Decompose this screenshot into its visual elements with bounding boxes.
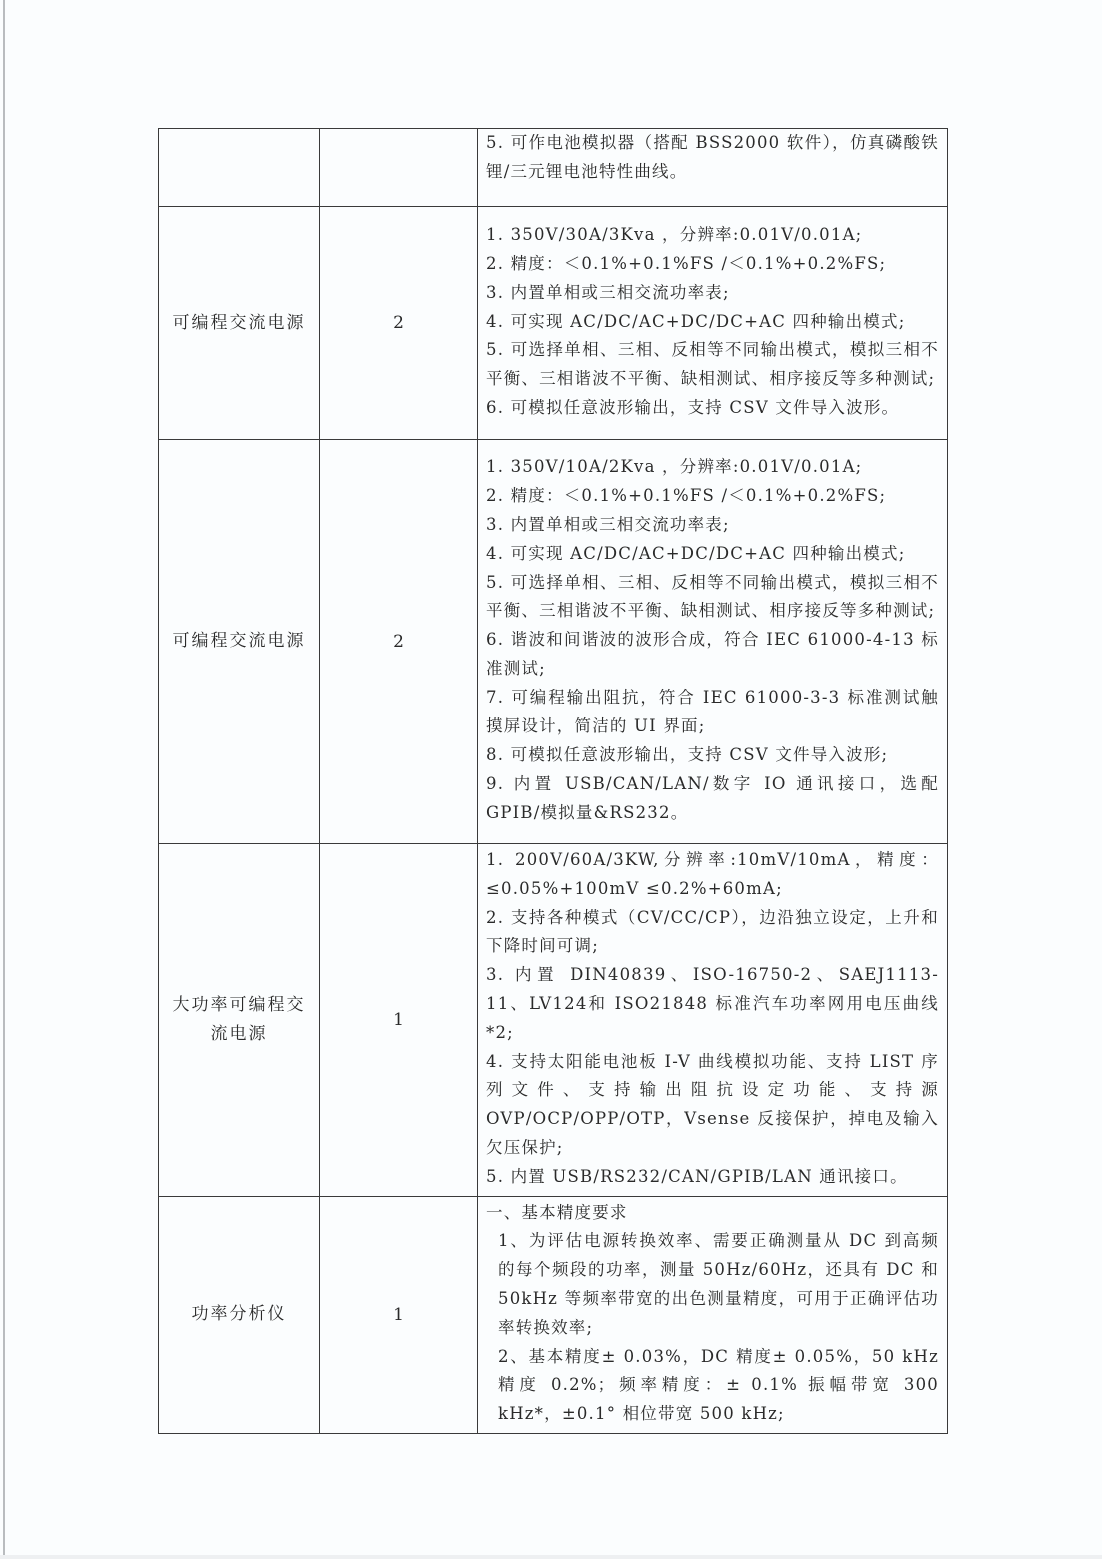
spec-item: 9. 内置 USB/CAN/LAN/数字 IO 通讯接口，选配 GPIB/模拟量… [486, 770, 939, 828]
spec-item: 4. 可实现 AC/DC/AC+DC/DC+AC 四种输出模式; [486, 308, 939, 337]
spec-cell: 1. 200V/60A/3KW,分辨率:10mV/10mA，精度：≤0.05%+… [478, 844, 948, 1197]
equipment-spec-table: 5. 可作电池模拟器（搭配 BSS2000 软件），仿真磷酸铁锂/三元锂电池特性… [158, 128, 948, 1434]
spec-item: 2. 精度：＜0.1%+0.1%FS /＜0.1%+0.2%FS; [486, 482, 939, 511]
spec-item: 1. 350V/10A/2Kva ，分辨率:0.01V/0.01A; [486, 453, 939, 482]
equipment-name-cell: 功率分析仪 [159, 1196, 320, 1433]
spec-item: 1. 200V/60A/3KW,分辨率:10mV/10mA，精度：≤0.05%+… [486, 846, 939, 904]
spec-item: 2. 精度：＜0.1%+0.1%FS /＜0.1%+0.2%FS; [486, 250, 939, 279]
spec-item: 6. 谐波和间谐波的波形合成，符合 IEC 61000-4-13 标准测试; [486, 626, 939, 684]
equipment-name-cell: 可编程交流电源 [159, 440, 320, 844]
spec-item: 8. 可模拟任意波形输出，支持 CSV 文件导入波形; [486, 741, 939, 770]
quantity-cell: 2 [320, 207, 478, 440]
spec-item: 3. 内置单相或三相交流功率表; [486, 511, 939, 540]
spec-item: 2. 支持各种模式（CV/CC/CP），边沿独立设定，上升和下降时间可调; [486, 904, 939, 962]
table-row: 大功率可编程交流电源 1 1. 200V/60A/3KW,分辨率:10mV/10… [159, 844, 948, 1197]
spec-item: 5. 可选择单相、三相、反相等不同输出模式，模拟三相不平衡、三相谐波不平衡、缺相… [486, 569, 939, 627]
quantity-cell: 2 [320, 440, 478, 844]
equipment-name-cell: 大功率可编程交流电源 [159, 844, 320, 1197]
spec-cell: 一、基本精度要求 1、为评估电源转换效率、需要正确测量从 DC 到高频的每个频段… [478, 1196, 948, 1433]
spec-item: 5. 内置 USB/RS232/CAN/GPIB/LAN 通讯接口。 [486, 1163, 939, 1192]
equipment-name-cell [159, 129, 320, 207]
spec-cell: 1. 350V/30A/3Kva ，分辨率:0.01V/0.01A; 2. 精度… [478, 207, 948, 440]
spec-item: 4. 支持太阳能电池板 I-V 曲线模拟功能、支持 LIST 序列文件、支持输出… [486, 1048, 939, 1163]
spec-item: 3. 内置 DIN40839、ISO-16750-2、SAEJ1113-11、L… [486, 961, 939, 1047]
spec-item: 1、为评估电源转换效率、需要正确测量从 DC 到高频的每个频段的功率，测量 50… [486, 1227, 939, 1342]
spec-item: 6. 可模拟任意波形输出，支持 CSV 文件导入波形。 [486, 394, 939, 423]
spec-cell: 1. 350V/10A/2Kva ，分辨率:0.01V/0.01A; 2. 精度… [478, 440, 948, 844]
table-row: 功率分析仪 1 一、基本精度要求 1、为评估电源转换效率、需要正确测量从 DC … [159, 1196, 948, 1433]
quantity-cell [320, 129, 478, 207]
spec-item: 5. 可作电池模拟器（搭配 BSS2000 软件），仿真磷酸铁锂/三元锂电池特性… [486, 129, 939, 187]
spec-item: 5. 可选择单相、三相、反相等不同输出模式，模拟三相不平衡、三相谐波不平衡、缺相… [486, 336, 939, 394]
spec-item: 7. 可编程输出阻抗，符合 IEC 61000-3-3 标准测试触摸屏设计，简洁… [486, 684, 939, 742]
table-row: 5. 可作电池模拟器（搭配 BSS2000 软件），仿真磷酸铁锂/三元锂电池特性… [159, 129, 948, 207]
quantity-cell: 1 [320, 1196, 478, 1433]
spec-item: 4. 可实现 AC/DC/AC+DC/DC+AC 四种输出模式; [486, 540, 939, 569]
scan-page-edge [3, 0, 5, 1559]
spec-cell: 5. 可作电池模拟器（搭配 BSS2000 软件），仿真磷酸铁锂/三元锂电池特性… [478, 129, 948, 207]
table-row: 可编程交流电源 2 1. 350V/10A/2Kva ，分辨率:0.01V/0.… [159, 440, 948, 844]
spec-item: 2、基本精度± 0.03%，DC 精度± 0.05%，50 kHz 精度 0.2… [486, 1343, 939, 1429]
quantity-cell: 1 [320, 844, 478, 1197]
spec-section-heading: 一、基本精度要求 [486, 1199, 939, 1228]
scan-bottom-edge [0, 1555, 1102, 1559]
table-row: 可编程交流电源 2 1. 350V/30A/3Kva ，分辨率:0.01V/0.… [159, 207, 948, 440]
spec-item: 3. 内置单相或三相交流功率表; [486, 279, 939, 308]
spec-item: 1. 350V/30A/3Kva ，分辨率:0.01V/0.01A; [486, 221, 939, 250]
equipment-name-cell: 可编程交流电源 [159, 207, 320, 440]
